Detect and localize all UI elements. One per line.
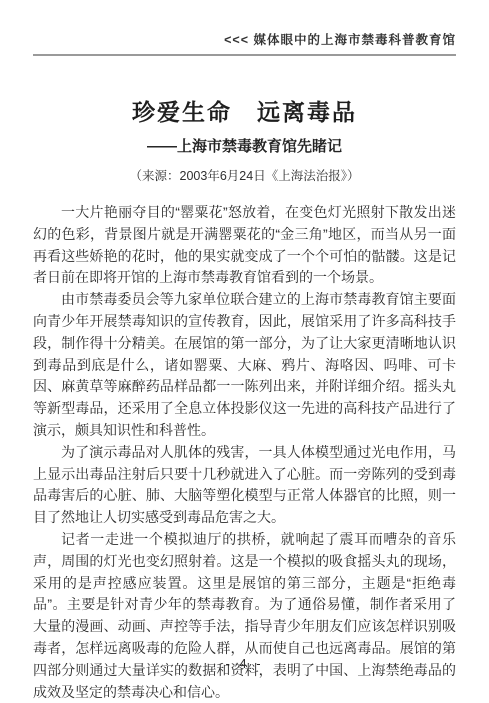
paragraph-1: 一大片艳丽夺目的“罂粟花”怒放着，在变色灯光照射下散发出迷幻的色彩，背景图片就是… [33,202,456,289]
page-title: 珍爱生命 远离毒品 [33,94,456,127]
header-rule [33,54,456,56]
paragraph-4: 记者一走进一个模拟迪厅的拱桥，就响起了震耳而嘈杂的音乐声，周围的灯光也变幻照射着… [33,529,456,703]
page-subtitle: ——上海市禁毒教育馆先睹记 [33,135,456,156]
paragraph-3: 为了演示毒品对人肌体的残害，一具人体模型通过光电作用，马上显示出毒品注射后只要十… [33,442,456,529]
article-body: 一大片艳丽夺目的“罂粟花”怒放着，在变色灯光照射下散发出迷幻的色彩，背景图片就是… [33,202,456,703]
page-number: - 4 - [0,656,489,671]
source-line: （来源：2003年6月24日《上海法治报》） [33,166,456,184]
running-header: <<< 媒体眼中的上海市禁毒科普教育馆 [33,30,456,54]
paragraph-2: 由市禁毒委员会等九家单位联合建立的上海市禁毒教育馆主要面向青少年开展禁毒知识的宣… [33,289,456,442]
document-page: <<< 媒体眼中的上海市禁毒科普教育馆 珍爱生命 远离毒品 ——上海市禁毒教育馆… [0,0,489,703]
